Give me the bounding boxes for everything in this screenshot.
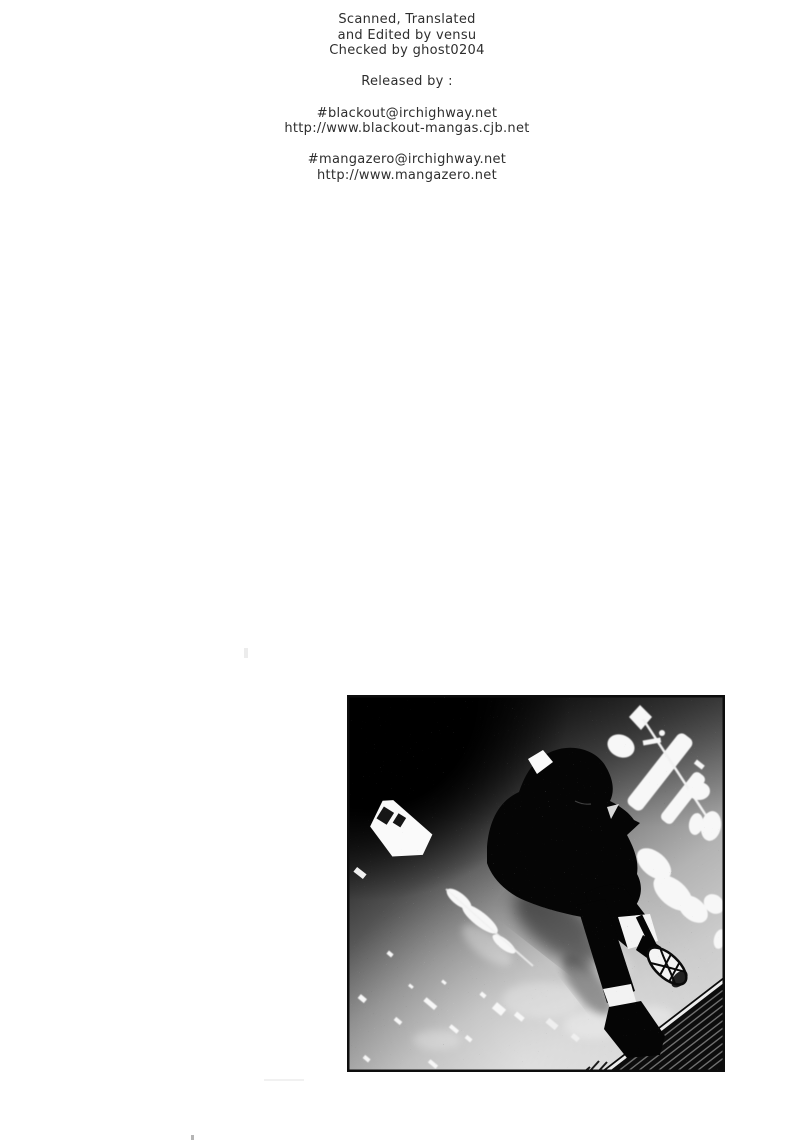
credits-block-released: Released by : [7, 74, 800, 90]
manga-panel-image [347, 695, 725, 1072]
credits-line-url: http://www.blackout-mangas.cjb.net [7, 121, 800, 137]
scan-artifact [191, 1135, 194, 1140]
credits-line-irc: #blackout@irchighway.net [7, 106, 800, 122]
credits-block-mangazero: #mangazero@irchighway.net http://www.man… [7, 152, 800, 183]
scanlation-credits-page: Scanned, Translated and Edited by vensu … [0, 0, 800, 1143]
credits-text: Scanned, Translated and Edited by vensu … [7, 12, 800, 199]
credits-line: Scanned, Translated [7, 12, 800, 28]
scan-artifact [244, 648, 248, 658]
credits-block-blackout: #blackout@irchighway.net http://www.blac… [7, 106, 800, 137]
credits-line: Checked by ghost0204 [7, 43, 800, 59]
scan-artifact [264, 1079, 304, 1081]
credits-line: and Edited by vensu [7, 28, 800, 44]
credits-line: Released by : [7, 74, 800, 90]
credits-block-scanned: Scanned, Translated and Edited by vensu … [7, 12, 800, 59]
credits-line-url: http://www.mangazero.net [7, 168, 800, 184]
credits-line-irc: #mangazero@irchighway.net [7, 152, 800, 168]
scan-noise [347, 695, 725, 1072]
